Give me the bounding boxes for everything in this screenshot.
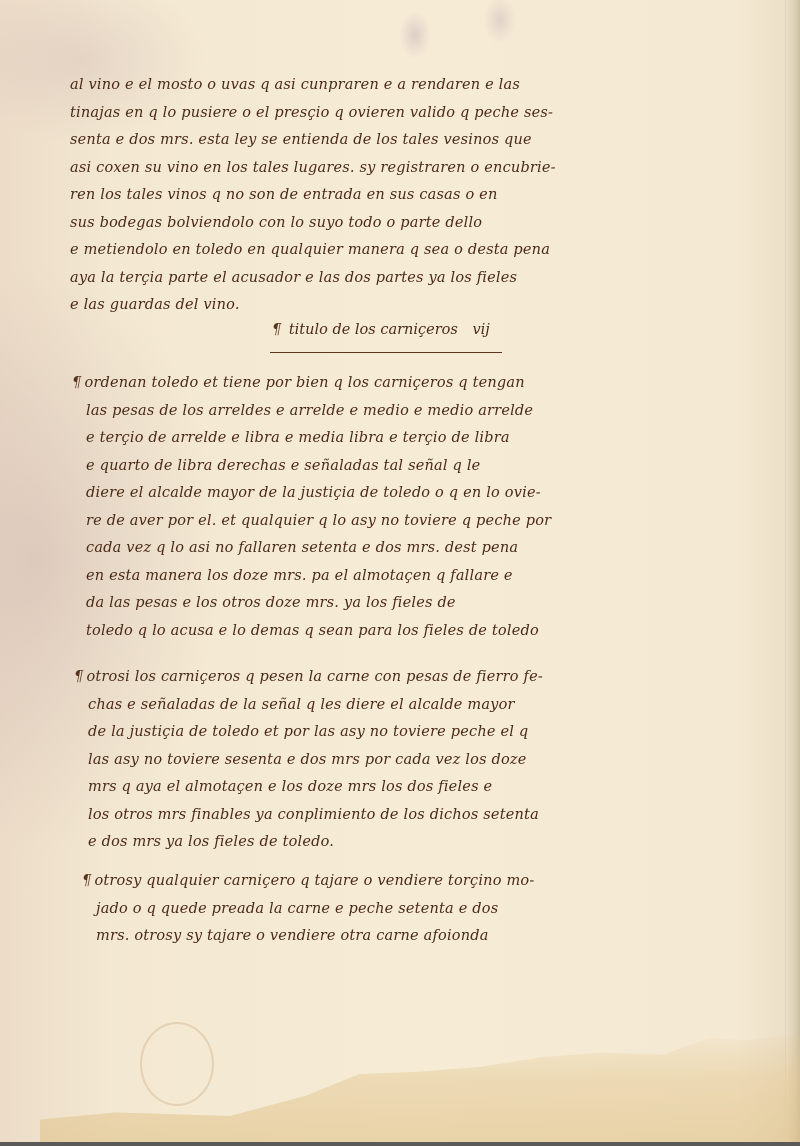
text-line: cada vez q lo asi no fallaren setenta e … — [72, 535, 722, 563]
text-line: sus bodegas bolviendolo con lo suyo todo… — [70, 210, 720, 238]
text-line: ¶ordenan toledo et tiene por bien q los … — [72, 370, 722, 398]
section-title-text: titulo de los carniçeros — [289, 322, 458, 338]
page-edge — [785, 0, 800, 1146]
paragraph-wine-law: al vino e el mosto o uvas q asi cunprare… — [70, 72, 720, 320]
text-line: da las pesas e los otros doze mrs. ya lo… — [72, 590, 722, 618]
text-line: ¶otrosi los carniçeros q pesen la carne … — [74, 664, 724, 692]
text-line-content: ordenan toledo et tiene por bien q los c… — [84, 375, 524, 391]
text-line: asi coxen su vino en los tales lugares. … — [70, 155, 720, 183]
text-line: los otros mrs finables ya conplimiento d… — [74, 802, 724, 830]
text-line: mrs. otrosy sy tajare o vendiere otra ca… — [82, 923, 732, 951]
text-line-content: otrosi los carniçeros q pesen la carne c… — [86, 669, 543, 685]
text-line: las pesas de los arreldes e arrelde e me… — [72, 398, 722, 426]
text-line: e terçio de arrelde e libra e media libr… — [72, 425, 722, 453]
text-line: tinajas en q lo pusiere o el presçio q o… — [70, 100, 720, 128]
text-line: ren los tales vinos q no son de entrada … — [70, 182, 720, 210]
text-line: diere el alcalde mayor de la justiçia de… — [72, 480, 722, 508]
text-line: jado o q quede preada la carne e peche s… — [82, 896, 732, 924]
scan-bottom-edge — [0, 1142, 800, 1146]
section-number: vij — [472, 322, 489, 338]
text-line: ¶otrosy qualquier carniçero q tajare o v… — [82, 868, 732, 896]
paragraph-mark-icon: ¶ — [272, 322, 281, 338]
text-line: e quarto de libra derechas e señaladas t… — [72, 453, 722, 481]
paragraph-iron-weights: ¶otrosi los carniçeros q pesen la carne … — [74, 664, 724, 857]
text-line: e dos mrs ya los fieles de toledo. — [74, 829, 724, 857]
text-line: aya la terçia parte el acusador e las do… — [70, 265, 720, 293]
text-line: de la justiçia de toledo et por las asy … — [74, 719, 724, 747]
paragraph-mark-icon: ¶ — [74, 669, 83, 685]
text-line: e metiendolo en toledo en qualquier mane… — [70, 237, 720, 265]
section-heading: ¶ titulo de los carniçeros vij — [272, 322, 572, 344]
text-line: las asy no toviere sesenta e dos mrs por… — [74, 747, 724, 775]
text-line: e las guardas del vino. — [70, 292, 720, 320]
text-line: senta e dos mrs. esta ley se entienda de… — [70, 127, 720, 155]
paragraph-mark-icon: ¶ — [82, 873, 91, 889]
paragraph-meat-sale: ¶otrosy qualquier carniçero q tajare o v… — [82, 868, 732, 951]
heading-underline — [270, 352, 502, 353]
text-line-content: otrosy qualquier carniçero q tajare o ve… — [94, 873, 534, 889]
manuscript-page: al vino e el mosto o uvas q asi cunprare… — [0, 0, 800, 1146]
paragraph-mark-icon: ¶ — [72, 375, 81, 391]
text-line: en esta manera los doze mrs. pa el almot… — [72, 563, 722, 591]
text-line: re de aver por el. et qualquier q lo asy… — [72, 508, 722, 536]
faded-stamp — [140, 1022, 214, 1106]
text-line: al vino e el mosto o uvas q asi cunprare… — [70, 72, 720, 100]
paragraph-butcher-weights: ¶ordenan toledo et tiene por bien q los … — [72, 370, 722, 645]
text-line: chas e señaladas de la señal q les diere… — [74, 692, 724, 720]
text-line: toledo q lo acusa e lo demas q sean para… — [72, 618, 722, 646]
text-line: mrs q aya el almotaçen e los doze mrs lo… — [74, 774, 724, 802]
